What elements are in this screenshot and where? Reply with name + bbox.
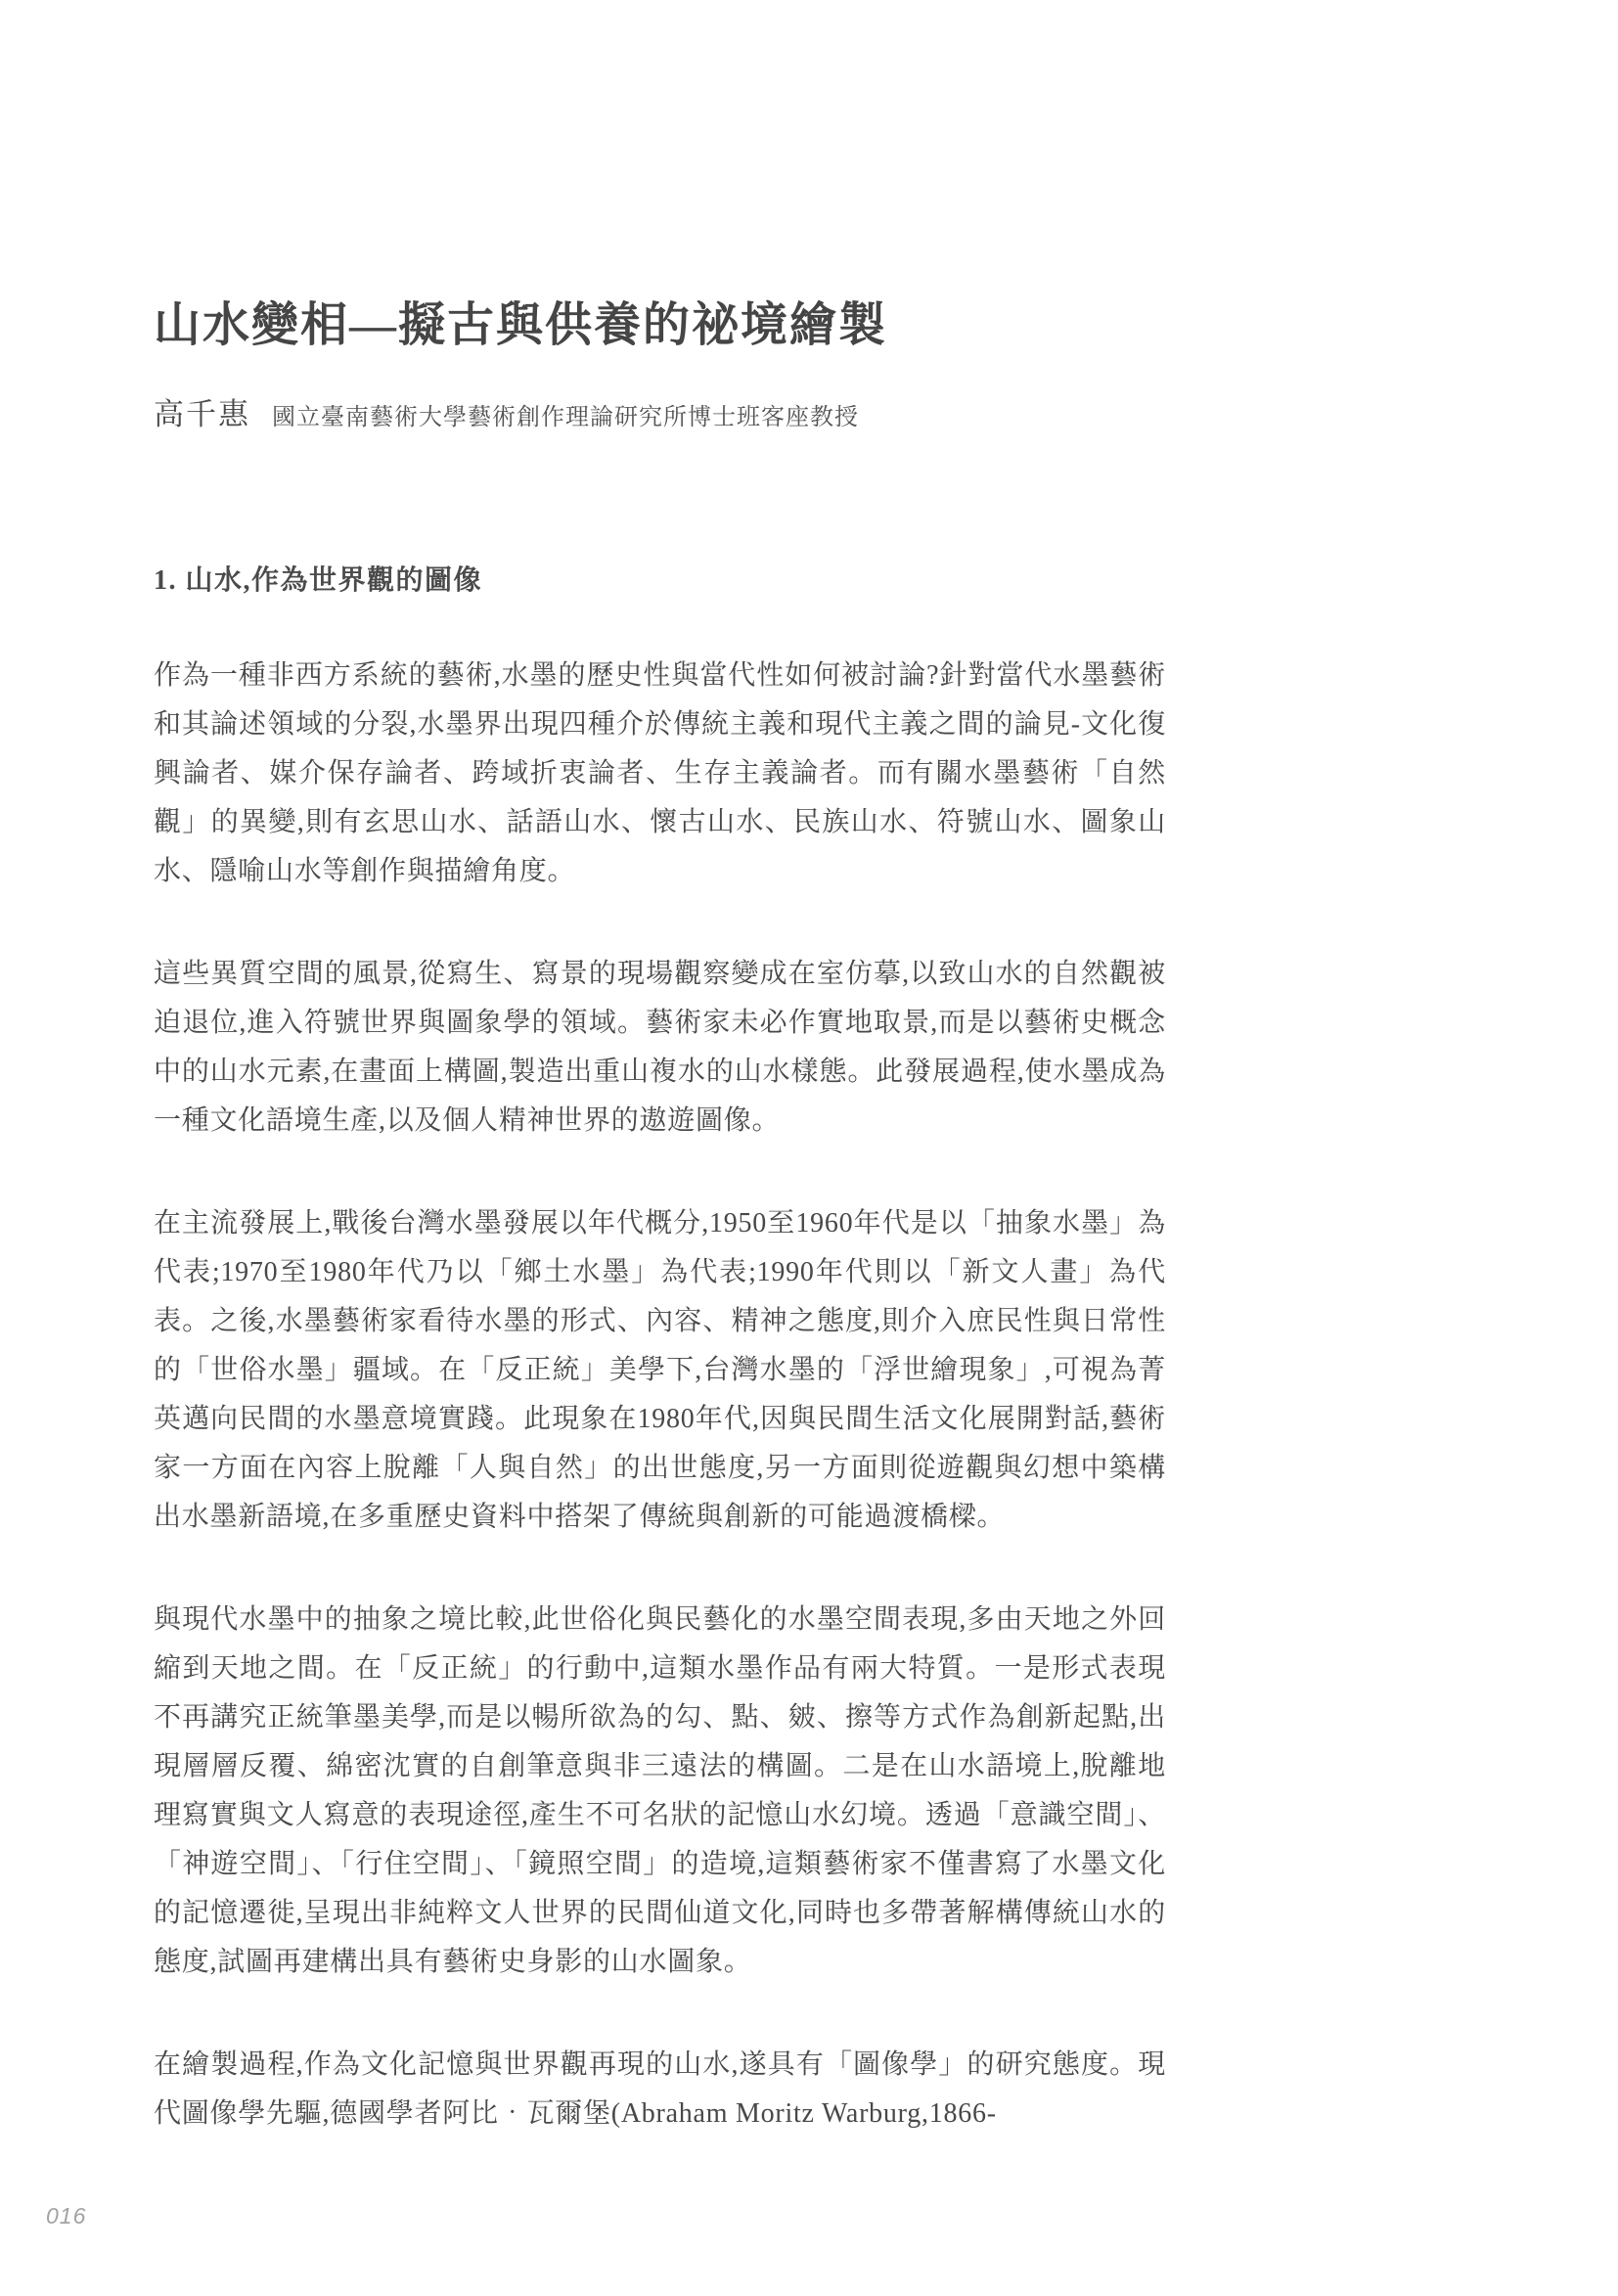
paragraph-5: 在繪製過程,作為文化記憶與世界觀再現的山水,遂具有「圖像學」的研究態度。現代圖像… bbox=[154, 2041, 1166, 2138]
section-heading: 1. 山水,作為世界觀的圖像 bbox=[154, 563, 1166, 600]
document-page: { "page": { "number": "016", "background… bbox=[0, 0, 1618, 2296]
paragraph-2: 這些異質空間的風景,從寫生、寫景的現場觀察變成在室仿摹,以致山水的自然觀被迫退位… bbox=[154, 950, 1166, 1146]
page-title: 山水變相—擬古與供養的祕境繪製 bbox=[154, 0, 1166, 352]
article: 山水變相—擬古與供養的祕境繪製 高千惠 國立臺南藝術大學藝術創作理論研究所博士班… bbox=[154, 0, 1166, 2192]
paragraph-3: 在主流發展上,戰後台灣水墨發展以年代概分,1950至1960年代是以「抽象水墨」… bbox=[154, 1199, 1166, 1542]
byline: 高千惠 國立臺南藝術大學藝術創作理論研究所博士班客座教授 bbox=[154, 395, 1166, 437]
paragraph-1: 作為一種非西方系統的藝術,水墨的歷史性與當代性如何被討論?針對當代水墨藝術和其論… bbox=[154, 652, 1166, 896]
author-name: 高千惠 bbox=[154, 395, 250, 434]
page-number: 016 bbox=[46, 2203, 86, 2229]
body-text: 作為一種非西方系統的藝術,水墨的歷史性與當代性如何被討論?針對當代水墨藝術和其論… bbox=[154, 652, 1166, 2138]
paragraph-4: 與現代水墨中的抽象之境比較,此世俗化與民藝化的水墨空間表現,多由天地之外回縮到天… bbox=[154, 1596, 1166, 1987]
author-affiliation: 國立臺南藝術大學藝術創作理論研究所博士班客座教授 bbox=[272, 398, 859, 437]
